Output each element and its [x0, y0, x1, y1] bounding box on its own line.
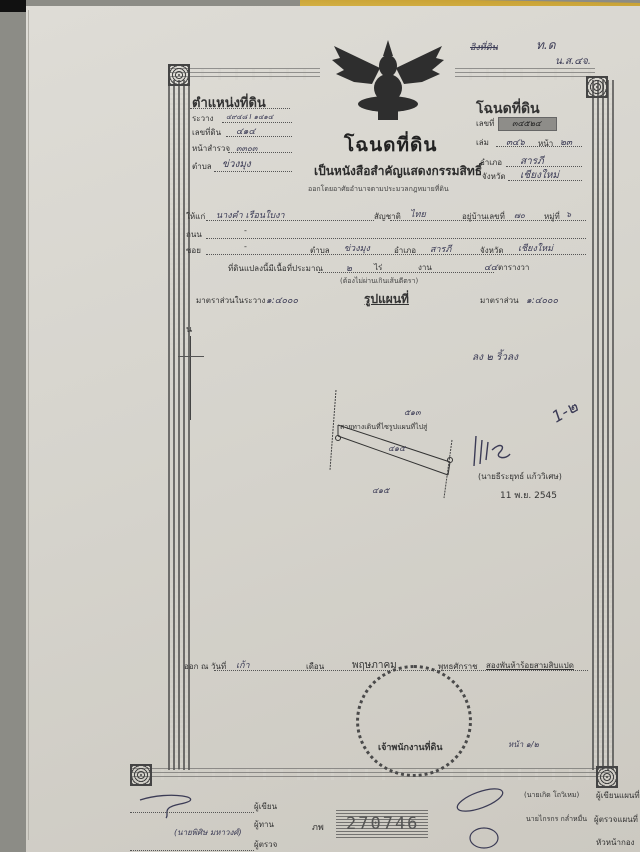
serial-label: ภพ: [312, 820, 324, 834]
neighbor-bottom-parcel: ๔๑๕: [372, 484, 389, 497]
field-line: [226, 136, 292, 137]
official-name: (นายธีระยุทธ์ แก้ววิเศษ): [478, 470, 562, 483]
location-label-0: ระวาง: [192, 112, 213, 125]
form-code: น.ส.๔จ.: [555, 54, 591, 69]
field-line: [206, 220, 374, 221]
field-line: [214, 171, 292, 172]
map-writer-role: ผู้เขียนแผนที่: [596, 789, 640, 802]
month-label: เดือน: [306, 660, 324, 673]
garuda-emblem-icon: [328, 38, 448, 123]
handwritten-note: ลง ๒ ริ้วลง: [472, 350, 518, 365]
top-handwritten-note: อิงที่ดิน: [470, 40, 498, 54]
issued-label: ออก ณ วันที่: [184, 660, 226, 673]
field-line: [130, 850, 254, 851]
right-border-pattern: [592, 80, 614, 770]
serial-number: 270746: [346, 814, 419, 834]
location-heading: ตำแหน่งที่ดิน: [192, 92, 266, 113]
location-label-3: ตำบล: [192, 160, 212, 173]
page-subtitle: เป็นหนังสือสำคัญแสดงกรรมสิทธิ์: [314, 162, 482, 181]
corner-ornament-br: [596, 766, 618, 788]
checker-name: (นายพิศิษ มหาวงศ์): [174, 826, 242, 839]
scale-right-value: ๑:๔๐๐๐: [526, 293, 558, 307]
location-value-3: ข่วงมุง: [222, 157, 251, 172]
location-value-2: ๓๓๐๓: [236, 142, 257, 155]
scale-left-value: ๑:๔๐๐๐: [266, 293, 298, 307]
head-role: หัวหน้ากอง: [596, 836, 635, 849]
reader-label: ผู้ทาน: [254, 818, 274, 831]
given-to-label: ให้แก่: [186, 210, 205, 223]
map-signatures-icon: [450, 780, 530, 850]
house-no-label: อยู่บ้านเลขที่: [462, 210, 505, 223]
year-label: พุทธศักราช: [438, 660, 478, 673]
deed-label-1: เล่ม: [476, 136, 489, 149]
neighbor-top-parcel: ๕๑๓: [404, 406, 421, 419]
page-note: หน้า ๑/๒: [508, 738, 539, 751]
area-wa-label: ตารางวา: [498, 261, 529, 274]
road-label: ถนน: [186, 228, 202, 241]
map-writer-name: (นายเกิด โถวิเหม): [524, 790, 579, 801]
legal-basis: ออกโดยอาศัยอำนาจตามประมวลกฎหมายที่ดิน: [308, 184, 449, 195]
bottom-border-pattern: [130, 768, 610, 780]
field-line: [318, 272, 494, 273]
nationality-value: ไทย: [410, 207, 426, 221]
area-label: ที่ดินแปลงนี้มีเนื้อที่ประมาณ: [228, 262, 323, 275]
scale-right-label: มาตราส่วน: [480, 294, 519, 307]
official-date: 11 พ.ย. 2545: [500, 488, 557, 502]
checker-label: ผู้ตรวจ: [254, 838, 277, 851]
map-heading: รูปแผนที่: [364, 290, 409, 309]
area-note: (ต้องไม่ผ่านเกินเส้นตีตรา): [340, 276, 418, 287]
parcel-map: [300, 380, 470, 500]
writer-label: ผู้เขียน: [254, 800, 277, 813]
divider: [190, 108, 290, 109]
form-code-top: ท.ด: [536, 36, 556, 55]
location-label-2: หน้าสำรวจ: [192, 142, 230, 155]
page-title: โฉนดที่ดิน: [344, 130, 437, 160]
north-label: น: [186, 322, 192, 336]
corner-ornament-bl: [130, 764, 152, 786]
map-checker-role: ผู้ตรวจแผนที่: [594, 813, 638, 826]
field-line: [222, 122, 292, 123]
road-value: -: [244, 226, 247, 235]
field-line: [496, 146, 582, 147]
field-line: [206, 238, 586, 239]
field-line: [130, 812, 254, 813]
nationality-label: สัญชาติ: [374, 210, 401, 223]
seal-text: เจ้าพนักงานที่ดิน: [378, 740, 442, 754]
soi-label: ซอย: [186, 244, 201, 257]
deed-label-province: จังหวัด: [482, 170, 506, 183]
field-line: [228, 152, 292, 153]
official-signature-icon: [470, 430, 514, 470]
top-border-pattern-right: [455, 68, 595, 80]
map-checker-name: นายไกรกร กล่ำหมื่น: [526, 814, 587, 825]
official-seal: [356, 665, 472, 777]
background-corner: [0, 0, 26, 12]
field-line: [508, 180, 582, 181]
scale-left-label: มาตราส่วนในระวาง: [196, 294, 265, 307]
tambon-label: ตำบล: [310, 244, 330, 257]
writer-signature-icon: [130, 790, 220, 820]
deed-label-0: เลขที่: [476, 117, 494, 130]
amphoe-label: อำเภอ: [394, 244, 416, 257]
parcel-number: ๔๑๔: [388, 442, 405, 455]
location-label-1: เลขที่ดิน: [192, 126, 221, 139]
deed-label-amphoe: อำเภอ: [480, 156, 502, 169]
soi-value: -: [244, 242, 247, 251]
corner-ornament-tr: [586, 76, 608, 98]
tambon-value: ข่วงมุง: [344, 241, 370, 255]
north-arrow-icon: [190, 336, 191, 420]
deed-value-0: ๓๔๕๒๔: [512, 117, 541, 130]
paper-edge-line: [28, 10, 29, 840]
north-arrow-crossbar: [178, 356, 204, 357]
road-note: สายทางเดินที่ไซรูปแผนที่ไปสู่: [340, 422, 427, 433]
province-value: เชียงใหม่: [518, 241, 553, 255]
province-label: จังหวัด: [480, 244, 504, 257]
corner-ornament-tl: [168, 64, 190, 86]
top-border-pattern-left: [170, 68, 320, 80]
deed-label-page: หน้า: [538, 137, 553, 150]
field-line: [390, 220, 586, 221]
moo-label: หมู่ที่: [544, 210, 560, 223]
field-line: [206, 254, 586, 255]
field-line: [506, 166, 582, 167]
